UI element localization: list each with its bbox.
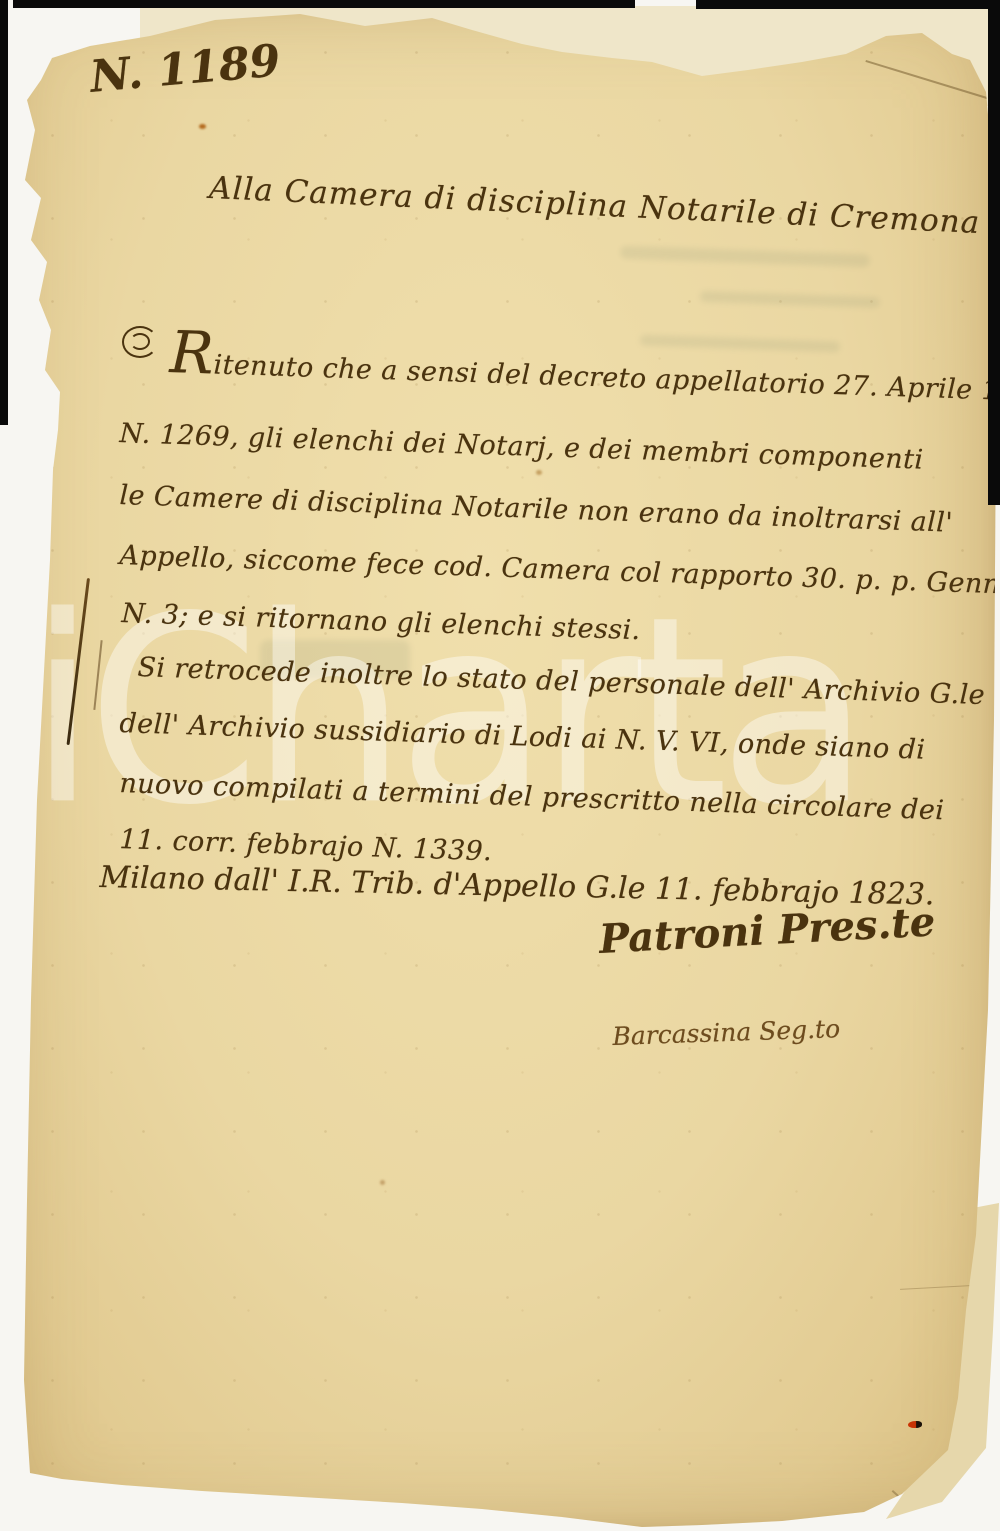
red-wax-fleck bbox=[908, 1421, 922, 1428]
manuscript-page: iCharta N. 1189 Alla Camera di disciplin… bbox=[0, 0, 1000, 1531]
foxing-spot bbox=[199, 124, 206, 129]
scanned-letter: iCharta N. 1189 Alla Camera di disciplin… bbox=[0, 0, 1000, 1531]
scanner-edge-top bbox=[696, 0, 1000, 9]
scanner-edge-top bbox=[13, 0, 635, 8]
foxing-spot bbox=[536, 470, 542, 475]
scanner-edge-right bbox=[988, 0, 1000, 505]
foxing-spot bbox=[380, 1180, 385, 1185]
scanner-edge-left bbox=[0, 0, 8, 425]
flourish-spiral bbox=[122, 326, 160, 360]
